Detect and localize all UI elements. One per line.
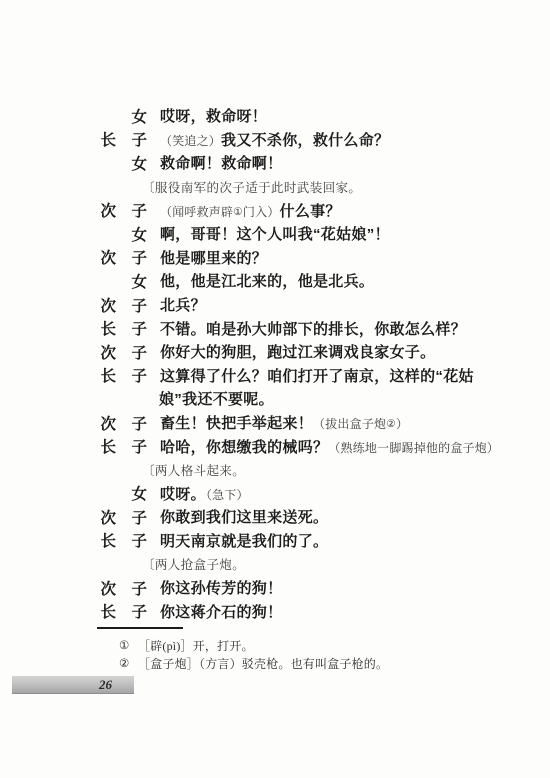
dialogue-line-text: （笑追之）我又不杀你，救什么命？: [160, 129, 389, 150]
dialogue-text: 他是哪里来的？: [160, 250, 267, 267]
speaker-name: 长 子: [96, 600, 147, 622]
dialogue-line-text: 畜生！快把手举起来！（拔出盒子炮②）: [160, 412, 408, 433]
script-line: 长 子（笑追之）我又不杀你，救什么命？: [0, 128, 550, 152]
dialogue-line-text: 你好大的狗胆，跑过江来调戏良家女子。: [160, 341, 435, 362]
speaker-name: 长 子: [96, 529, 147, 551]
dialogue-line-text: 你这孙传芳的狗！: [160, 577, 282, 598]
play-script-page: 女哎呀，救命呀！长 子（笑追之）我又不杀你，救什么命？女救命啊！救命啊！〔服役南…: [0, 0, 550, 778]
script-line: 长 子你这蒋介石的狗！: [0, 599, 550, 623]
dialogue-text: 哎呀。: [160, 486, 206, 503]
script-line: 女哎呀，救命呀！: [0, 104, 550, 128]
stage-annotation: ）: [396, 417, 408, 431]
script-line: 〔服役南军的次子适于此时武装回家。: [0, 175, 550, 199]
speaker-name: 次 子: [96, 199, 147, 221]
dialogue-text: 你好大的狗胆，跑过江来调戏良家女子。: [160, 344, 435, 361]
script-line: 长 子不错。咱是孙大帅部下的排长，你敢怎么样？: [0, 316, 550, 340]
dialogue-text: 不错。咱是孙大帅部下的排长，你敢怎么样？: [160, 321, 466, 338]
speaker-name: 次 子: [96, 341, 147, 363]
footnotes-section: ①［辟(pì)］开，打开。②［盒子炮］（方言）驳壳枪。也有叫盒子枪的。: [0, 627, 550, 672]
dialogue-line-text: 救命啊！救命啊！: [160, 152, 282, 173]
speaker-name: 次 子: [96, 246, 147, 268]
script-line: 次 子你这孙传芳的狗！: [0, 576, 550, 600]
speaker-name: 次 子: [96, 506, 147, 528]
script-line: 次 子他是哪里来的？: [0, 246, 550, 270]
dialogue-line-text: 他，他是江北来的，他是北兵。: [160, 270, 374, 291]
dialogue-text: 哎呀，救命呀！: [160, 108, 267, 125]
dialogue-line-text: （闻呼救声辟①门入）什么事？: [160, 200, 341, 221]
footnote-ref-marker: ②: [119, 656, 138, 670]
footnote-ref-marker: ②: [386, 419, 396, 430]
dialogue-line-text: 明天南京就是我们的了。: [160, 530, 328, 551]
page-number-bar: 26: [12, 676, 134, 693]
script-line: 〔两人抢盒子炮。: [0, 552, 550, 576]
dialogue-text: 北兵？: [160, 297, 206, 314]
speaker-name: 女: [96, 482, 147, 504]
dialogue-text: 明天南京就是我们的了。: [160, 533, 328, 550]
speaker-name: 女: [96, 270, 147, 292]
speaker-name: 长 子: [96, 435, 147, 457]
dialogue-line-text: 北兵？: [160, 294, 206, 315]
dialogue-text: 你这孙传芳的狗！: [160, 580, 282, 597]
footnote-text: ［盒子炮］（方言）驳壳枪。也有叫盒子枪的。: [138, 655, 388, 672]
script-line: 次 子（闻呼救声辟①门入）什么事？: [0, 198, 550, 222]
script-line: 次 子你好大的狗胆，跑过江来调戏良家女子。: [0, 340, 550, 364]
dialogue-text: 救命啊！救命啊！: [160, 155, 282, 172]
dialogue-line-text: 娘”我还不要呢。: [159, 388, 274, 409]
dialogue-list: 女哎呀，救命呀！长 子（笑追之）我又不杀你，救什么命？女救命啊！救命啊！〔服役南…: [0, 104, 550, 623]
dialogue-text: 什么事？: [280, 203, 341, 220]
dialogue-line-text: 哈哈，你想缴我的械吗？（熟练地一脚踢掉他的盒子炮）: [160, 436, 499, 457]
footnote-divider: [97, 627, 183, 629]
footnote-list: ①［辟(pì)］开，打开。②［盒子炮］（方言）驳壳枪。也有叫盒子枪的。: [0, 636, 550, 672]
stage-direction: 〔服役南军的次子适于此时武装回家。: [142, 178, 361, 196]
speaker-name: 长 子: [96, 364, 147, 386]
dialogue-line-text: 哎呀。（急下）: [160, 483, 249, 504]
stage-annotation: （急下）: [206, 488, 249, 502]
dialogue-text: 娘”我还不要呢。: [159, 391, 274, 408]
stage-annotation: （笑追之）: [160, 134, 221, 148]
footnote: ①［辟(pì)］开，打开。: [119, 636, 550, 654]
script-line: 女救命啊！救命啊！: [0, 151, 550, 175]
dialogue-text: 这算得了什么？咱们打开了南京，这样的“花姑: [160, 368, 474, 385]
speaker-name: 次 子: [96, 412, 147, 434]
dialogue-line-text: 你敢到我们这里来送死。: [160, 506, 328, 527]
speaker-name: 长 子: [96, 317, 147, 339]
speaker-name: 女: [96, 223, 147, 245]
dialogue-line-text: 不错。咱是孙大帅部下的排长，你敢怎么样？: [160, 318, 466, 339]
speaker-name: 女: [96, 105, 147, 127]
stage-annotation: （熟练地一脚踢掉他的盒子炮）: [328, 441, 499, 455]
dialogue-line-text: 这算得了什么？咱们打开了南京，这样的“花姑: [160, 365, 474, 386]
script-line: 女哎呀。（急下）: [0, 482, 550, 506]
dialogue-text: 你这蒋介石的狗！: [160, 604, 282, 621]
footnote-ref-marker: ①: [233, 207, 243, 218]
script-line: 长 子哈哈，你想缴我的械吗？（熟练地一脚踢掉他的盒子炮）: [0, 434, 550, 458]
footnote: ②［盒子炮］（方言）驳壳枪。也有叫盒子枪的。: [119, 654, 550, 672]
script-line: 娘”我还不要呢。: [0, 387, 550, 411]
script-line: 次 子北兵？: [0, 293, 550, 317]
script-line: 长 子这算得了什么？咱们打开了南京，这样的“花姑: [0, 364, 550, 388]
stage-annotation: （拔出盒子炮: [313, 417, 386, 431]
footnote-text: ［辟(pì)］开，打开。: [138, 637, 254, 654]
dialogue-text: 我又不杀你，救什么命？: [221, 132, 389, 149]
stage-direction: 〔两人抢盒子炮。: [142, 555, 245, 573]
stage-direction: 〔两人格斗起来。: [142, 461, 245, 479]
footnote-ref-marker: ①: [119, 638, 138, 652]
dialogue-line-text: 你这蒋介石的狗！: [160, 601, 282, 622]
script-line: 女啊，哥哥！这个人叫我“花姑娘”！: [0, 222, 550, 246]
script-line: 长 子明天南京就是我们的了。: [0, 529, 550, 553]
dialogue-text: 你敢到我们这里来送死。: [160, 509, 328, 526]
script-line: 次 子你敢到我们这里来送死。: [0, 505, 550, 529]
stage-annotation: 门入）: [243, 205, 280, 219]
speaker-name: 次 子: [96, 577, 147, 599]
dialogue-line-text: 啊，哥哥！这个人叫我“花姑娘”！: [160, 223, 390, 244]
script-line: 次 子畜生！快把手举起来！（拔出盒子炮②）: [0, 411, 550, 435]
speaker-name: 次 子: [96, 294, 147, 316]
dialogue-text: 啊，哥哥！这个人叫我“花姑娘”！: [160, 226, 390, 243]
dialogue-line-text: 哎呀，救命呀！: [160, 105, 267, 126]
speaker-name: 长 子: [96, 128, 147, 150]
speaker-name: 女: [96, 152, 147, 174]
script-line: 女他，他是江北来的，他是北兵。: [0, 269, 550, 293]
dialogue-line-text: 他是哪里来的？: [160, 247, 267, 268]
stage-annotation: （闻呼救声辟: [160, 205, 233, 219]
dialogue-text: 畜生！快把手举起来！: [160, 415, 313, 432]
dialogue-text: 他，他是江北来的，他是北兵。: [160, 273, 374, 290]
dialogue-text: 哈哈，你想缴我的械吗？: [160, 439, 328, 456]
script-line: 〔两人格斗起来。: [0, 458, 550, 482]
page-number: 26: [99, 677, 112, 693]
